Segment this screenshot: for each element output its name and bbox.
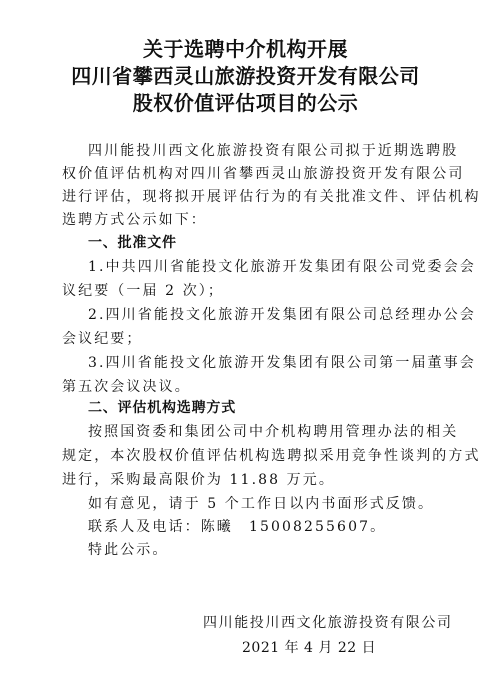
signature-date: 2021 年 4 月 22 日 [242,639,376,657]
text-line: 选聘方式公示如下： [62,211,207,229]
text-line: 规定，本次股权价值评估机构选聘拟采用竞争性谈判的方式 [62,447,481,465]
title-line-3: 股权价值评估项目的公示 [0,90,491,116]
text-line: 第五次会议决议。 [62,378,191,396]
text-line: 进行评估，现将拟开展评估行为的有关批准文件、评估机构 [62,188,481,206]
text-line: 进行，采购最高限价为 11.88 万元。 [62,471,335,489]
text-line: 四川能投川西文化旅游投资有限公司拟于近期选聘股 [88,142,458,160]
text-line: 会议纪要； [62,330,143,348]
text-line: 1.中共四川省能投文化旅游开发集团有限公司党委会会 [88,258,476,276]
text-line: 议纪要（一届 2 次）； [62,282,224,300]
text-line: 按照国资委和集团公司中介机构聘用管理办法的相关 [88,423,458,441]
section-heading: 一、批准文件 [88,234,177,252]
section-heading: 二、评估机构选聘方式 [88,399,236,417]
text-line: 3.四川省能投文化旅游开发集团有限公司第一届董事会 [88,354,476,372]
feedback-line: 如有意见，请于 5 个工作日以内书面形式反馈。 [88,495,434,513]
text-line: 2.四川省能投文化旅游开发集团有限公司总经理办公会 [88,306,476,324]
signature-org: 四川能投川西文化旅游投资有限公司 [203,614,453,632]
text-line: 权价值评估机构对四川省攀西灵山旅游投资开发有限公司 [62,165,465,183]
title-line-1: 关于选聘中介机构开展 [0,36,491,62]
closing-line: 特此公示。 [88,541,169,559]
contact-line: 联系人及电话：陈曦 15008255607。 [88,518,386,536]
title-line-2: 四川省攀西灵山旅游投资开发有限公司 [0,63,491,89]
